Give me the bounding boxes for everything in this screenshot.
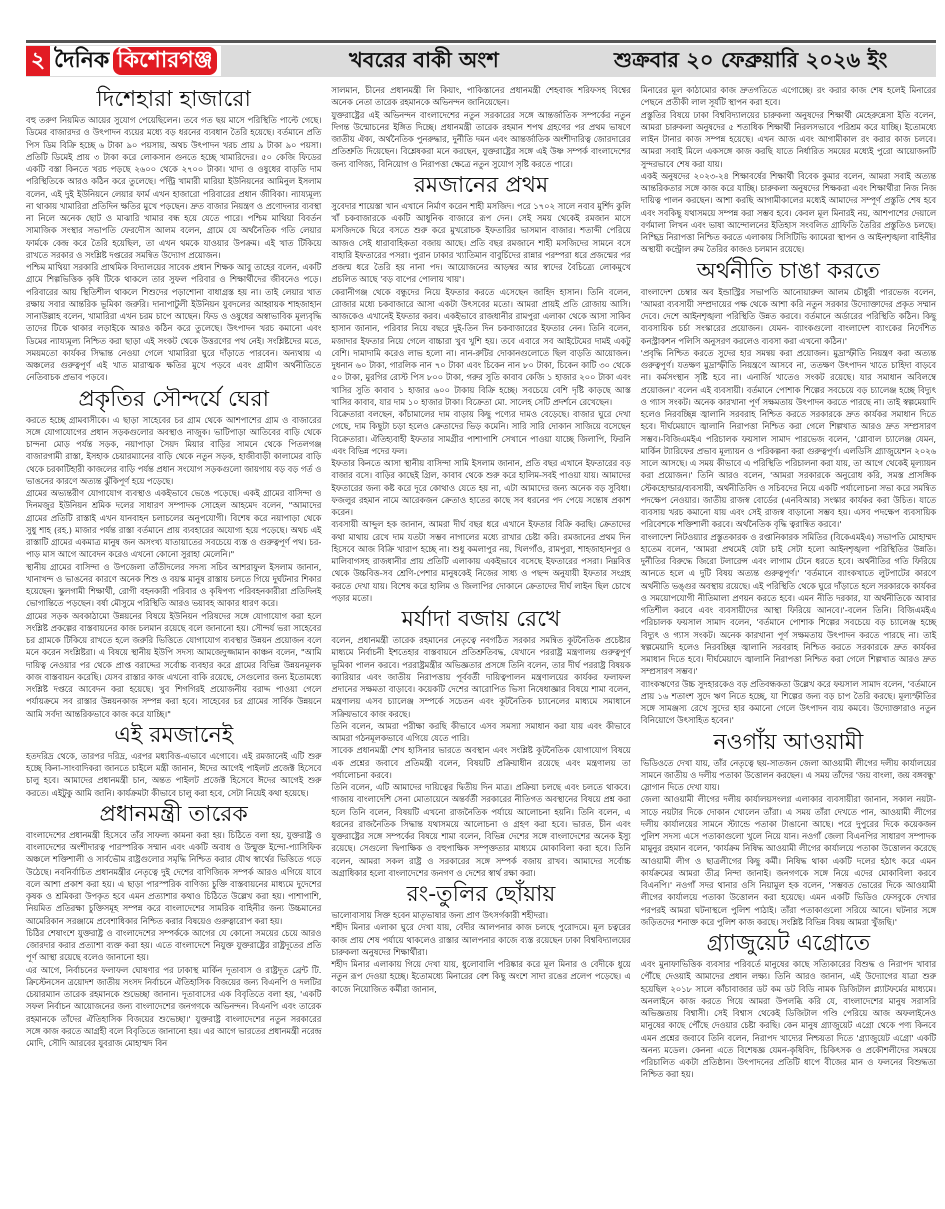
article-paragraph: প্রস্তুতির বিষয়ে ঢাকা বিশ্ববিদ্যালয়ের … (641, 109, 936, 170)
article-headline: মর্যাদা বজায় রেখে (331, 606, 630, 634)
article-graduate-agro: গ্র্যাজুয়েট এগ্রোতে এবং মুনাফাভিত্তিক ব… (641, 930, 936, 1081)
article-paragraph: ভিডিওতে দেখা যায়, তাঁর নেতৃত্বে ছয়-সাত… (641, 757, 936, 794)
article-paragraph: গ্রামের সড়ক অবকাঠামো উন্নয়নের বিষয়ে ই… (26, 610, 321, 720)
article-paragraph: তিনি বলেন, আমরা পরীক্ষা করছি কীভাবে এসব … (331, 720, 630, 745)
article-headline: রমজানের প্রথম (331, 172, 630, 200)
article-paragraph: স্থানীয় গ্রামের বাসিন্দা ও উপজেলা তাঁতী… (26, 561, 321, 610)
article-paragraph: শহীদ মিনার এলাকা ঘুরে দেখা যায়, বেদীর আ… (331, 921, 630, 958)
article-ramjaner-prothom: রমজানের প্রথম সুবেদার শায়েস্তা খান এখান… (331, 172, 630, 604)
article-paragraph: বাংলাদেশের প্রধানমন্ত্রী হিসেবে তাঁর সাফ… (26, 829, 321, 927)
logo-text-kishoreganj: কিশোরগঞ্জ (113, 47, 216, 75)
article-paragraph: হতদরিদ্র থেকে, তারপর দরিদ্র, এরপর মধ্যবি… (26, 750, 321, 799)
article-paragraph: যুক্তরাষ্ট্রের এই অভিনন্দন বাংলাদেশের নত… (331, 109, 630, 170)
article-headline: এই রমজানেই (26, 722, 321, 750)
article-paragraph: ভালোবাসায় সিক্ত হবেন মাতৃভাষার জন্য প্র… (331, 909, 630, 921)
article-paragraph: এর আগে, নির্বাচনের ফলাফল ঘোষণার পর ঢাকাস… (26, 964, 321, 1050)
article-headline: দিশেহারা হাজারো (26, 86, 321, 114)
article-paragraph: বিক্রেতারা বলছেন, কাঁচামালের দাম বাড়ায়… (331, 408, 630, 457)
article-paragraph: জেলা আওয়ামী লীগের দলীয় কার্যালয়সংলগ্ন… (641, 793, 936, 928)
article-headline: রং-তুলির ছোঁয়ায় (331, 881, 630, 909)
article-paragraph: পশ্চিম মাথিয়া সরকারি প্রাথমিক বিদ্যালয়… (26, 261, 321, 384)
article-paragraph: বলেন, প্রধানমন্ত্রী তারেক রহমানের নেতৃত্… (331, 634, 630, 720)
section-title: খবরের বাকী অংশ (349, 44, 499, 79)
article-headline: প্রকৃতির সৌন্দর্যে ঘেরা (26, 386, 321, 414)
article-paragraph: বাংলাদেশ নিটওয়্যার প্রস্তুতকারক ও রপ্তা… (641, 531, 936, 678)
article-headline: নওগাঁয় আওয়ামী (641, 729, 936, 757)
article-paragraph: ইফতার কিনতে আসা স্থানীয় বাসিন্দা সামি ই… (331, 457, 630, 518)
article-naogaon-awami: নওগাঁয় আওয়ামী ভিডিওতে দেখা যায়, তাঁর … (641, 729, 936, 929)
article-headline: প্রধানমন্ত্রী তারেক (26, 801, 321, 829)
article-prodhanmontri-tarek: প্রধানমন্ত্রী তারেক বাংলাদেশের প্রধানমন্… (26, 801, 321, 1050)
article-paragraph: সালমান, চীনের প্রধানমন্ত্রী লি কিয়াং, প… (331, 84, 630, 109)
article-paragraph: তিনি বলেন, এটি আমাদের দায়িত্বের দ্বিতীয… (331, 781, 630, 879)
page-number: ২ (26, 46, 50, 76)
article-columns: দিশেহারা হাজারো বহু তরুণ নিয়মিত আয়ের স… (26, 84, 936, 1081)
article-paragraph: মিনারের মূল কাঠামোর কাজ দ্রুতগতিতে এগোচ্… (641, 84, 936, 109)
article-paragraph: ব্যাংকঋণের উচ্চ সুদহারকেও বড় প্রতিবন্ধক… (641, 678, 936, 727)
article-paragraph: গ্রামের অভ্যন্তরীণ যোগাযোগ ব্যবস্থাও একই… (26, 487, 321, 561)
article-orthoniti-changa: অর্থনীতি চাঙা করতে বাংলাদেশ চেম্বার অব ই… (641, 258, 936, 727)
article-paragraph: একই অনুষদের ২০২৩-২৪ শিক্ষাবর্ষের শিক্ষার… (641, 170, 936, 256)
article-paragraph: বহু তরুণ নিয়মিত আয়ের সুযোগ পেয়েছিলেন।… (26, 114, 321, 261)
newspaper-logo: দৈনিক কিশোরগঞ্জ (50, 46, 221, 76)
article-prokritir-soundorje: প্রকৃতির সৌন্দর্যে ঘেরা করতে হচ্ছে গ্রাম… (26, 386, 321, 720)
article-paragraph: শহীদ মিনার এলাকায় গিয়ে দেখা যায়, ধুলো… (331, 958, 630, 995)
column-left: দিশেহারা হাজারো বহু তরুণ নিয়মিত আয়ের স… (26, 84, 321, 1081)
masthead-bar: ২ দৈনিক কিশোরগঞ্জ খবরের বাকী অংশ শুক্রবা… (26, 45, 936, 77)
article-paragraph: সুবেদার শায়েস্তা খান এখানে নির্মাণ করেন… (331, 200, 630, 286)
article-paragraph: কেরানীগঞ্জ থেকে বন্ধুদের নিয়ে ইফতার করত… (331, 286, 630, 409)
article-paragraph: ব্যবসায়ী আব্দুল হক জানান, আমরা দীর্ঘ বছ… (331, 518, 630, 604)
article-headline: অর্থনীতি চাঙা করতে (641, 258, 936, 286)
article-paragraph: করতে হচ্ছে গ্রামবাসীকে। এ ছাড়া সাহেবের … (26, 414, 321, 488)
article-dishehara: দিশেহারা হাজারো বহু তরুণ নিয়মিত আয়ের স… (26, 86, 321, 384)
logo-text-dainik: দৈনিক (54, 43, 109, 80)
article-paragraph: এবং মুনাফাভিত্তিক ব্যবসার পরিবর্তে মানুষ… (641, 958, 936, 1081)
article-ei-ramjanei: এই রমজানেই হতদরিদ্র থেকে, তারপর দরিদ্র, … (26, 722, 321, 799)
article-paragraph: বাংলাদেশ চেম্বার অব ইন্ডাস্ট্রির সভাপতি … (641, 286, 936, 347)
article-continuation-tarek: সালমান, চীনের প্রধানমন্ত্রী লি কিয়াং, প… (331, 84, 630, 170)
article-continuation-minar: মিনারের মূল কাঠামোর কাজ দ্রুতগতিতে এগোচ্… (641, 84, 936, 256)
article-headline: গ্র্যাজুয়েট এগ্রোতে (641, 930, 936, 958)
column-middle: সালমান, চীনের প্রধানমন্ত্রী লি কিয়াং, প… (331, 84, 630, 1081)
article-rong-tulir-chhoyay: রং-তুলির ছোঁয়ায় ভালোবাসায় সিক্ত হবেন … (331, 881, 630, 995)
issue-date: শুক্রবার ২০ ফেব্রুয়ারি ২০২৬ ইং (614, 44, 887, 79)
article-paragraph: সাবেক প্রধানমন্ত্রী শেখ হাসিনার ভারতে অব… (331, 744, 630, 781)
article-paragraph: 'প্রবৃদ্ধি নিশ্চিত করতে সুদের হার সমন্বয… (641, 347, 936, 531)
article-paragraph: চিঠির শেষাংশে যুক্তরাষ্ট্র ও বাংলাদেশের … (26, 927, 321, 964)
article-morjada-bojay-rekhe: মর্যাদা বজায় রেখে বলেন, প্রধানমন্ত্রী ত… (331, 606, 630, 879)
column-right: মিনারের মূল কাঠামোর কাজ দ্রুতগতিতে এগোচ্… (641, 84, 936, 1081)
